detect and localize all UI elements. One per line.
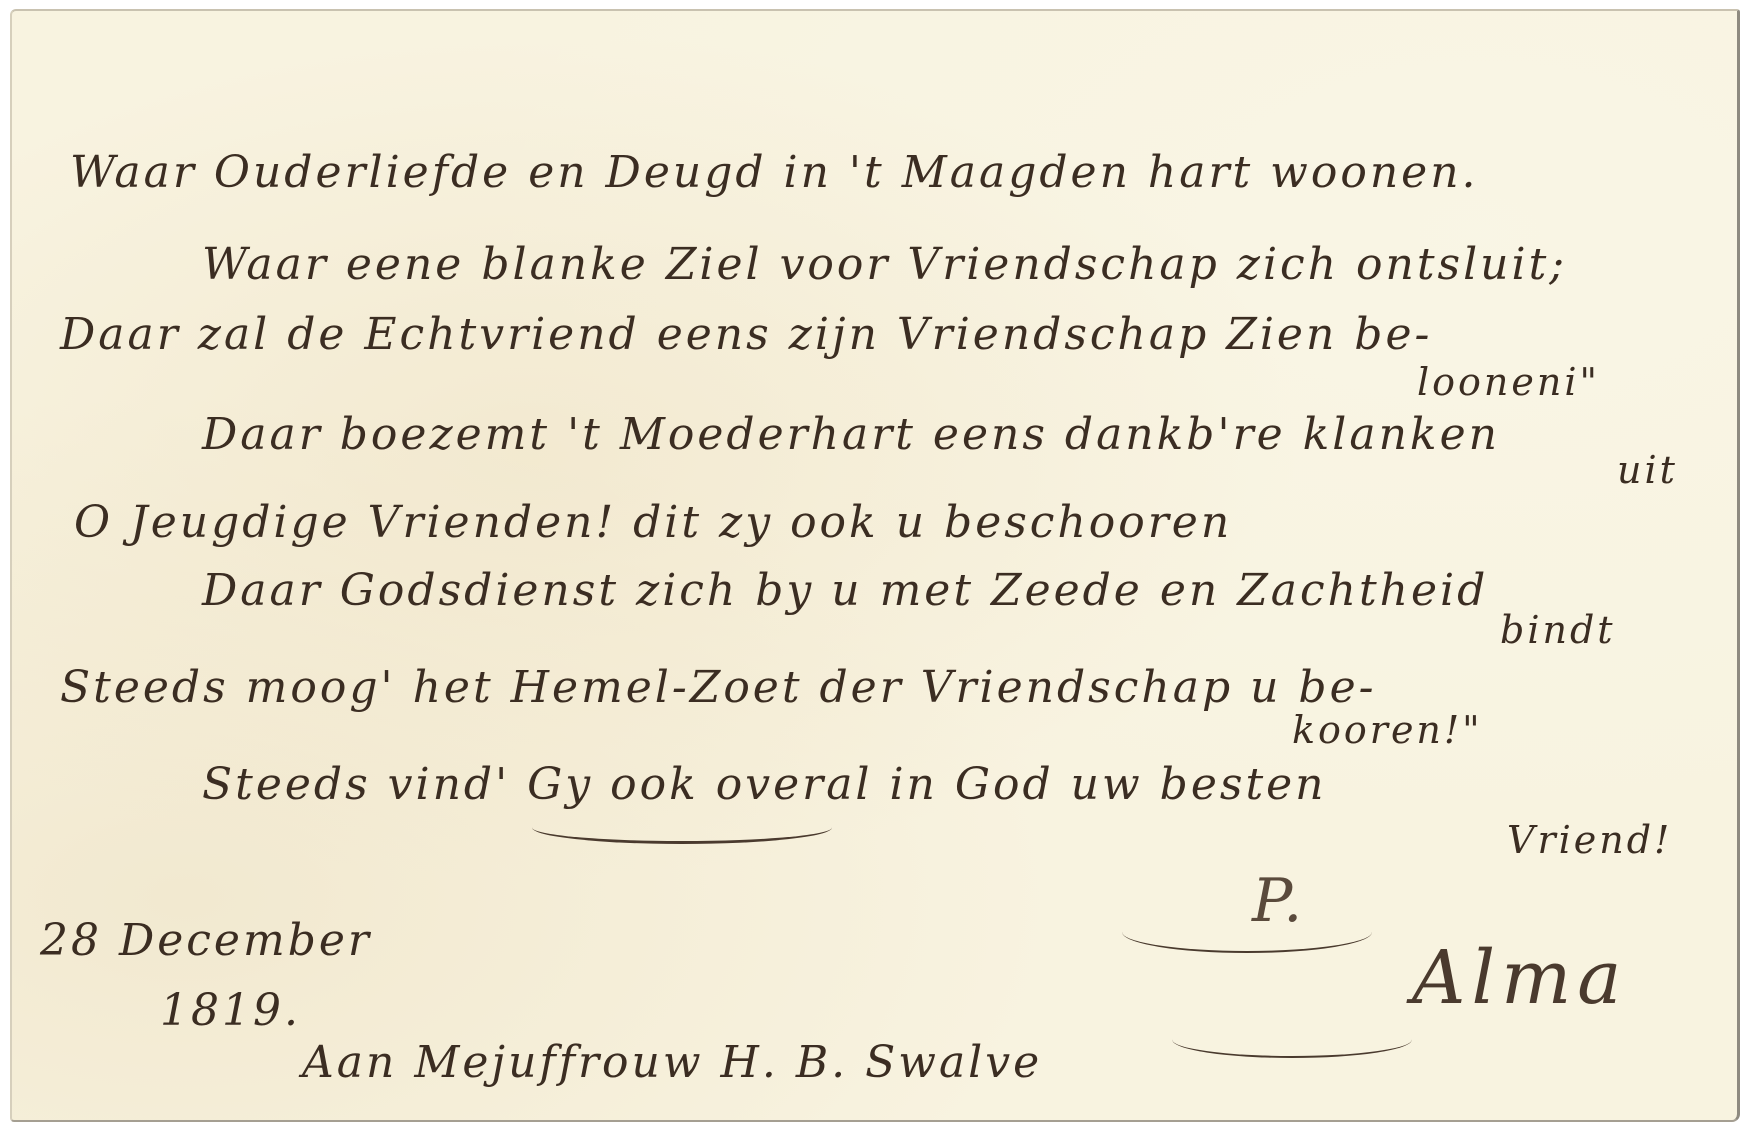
poem-line-7: Steeds moog' het Hemel-Zoet der Vriendsc… (60, 666, 1377, 710)
underline-flourish (532, 811, 832, 844)
poem-line-3: Daar zal de Echtvriend eens zijn Vriends… (60, 313, 1432, 357)
dedication-flourish (1172, 1021, 1412, 1058)
signature-name: Alma (1412, 941, 1627, 1015)
poem-line-4-continuation: uit (1617, 451, 1678, 489)
poem-line-5: O Jeugdige Vrienden! dit zy ook u bescho… (74, 501, 1232, 545)
album-card: Waar Ouderliefde en Deugd in 't Maagden … (10, 9, 1740, 1122)
date-year: 1819. (160, 989, 301, 1033)
poem-line-2: Waar eene blanke Ziel voor Vriendschap z… (202, 243, 1567, 287)
poem-line-1: Waar Ouderliefde en Deugd in 't Maagden … (70, 151, 1479, 195)
poem-line-8: Steeds vind' Gy ook overal in God uw bes… (202, 763, 1327, 807)
poem-line-3-continuation: looneni" (1417, 363, 1600, 401)
poem-line-7-continuation: kooren!" (1292, 711, 1483, 749)
poem-line-8-continuation: Vriend! (1507, 821, 1672, 859)
dedication: Aan Mejuffrouw H. B. Swalve (302, 1041, 1042, 1085)
signature-flourish (1122, 911, 1372, 953)
poem-line-4: Daar boezemt 't Moederhart eens dankb're… (202, 413, 1500, 457)
date-day-month: 28 December (40, 919, 372, 963)
poem-line-6-continuation: bindt (1500, 611, 1616, 649)
poem-line-6: Daar Godsdienst zich by u met Zeede en Z… (202, 569, 1488, 613)
